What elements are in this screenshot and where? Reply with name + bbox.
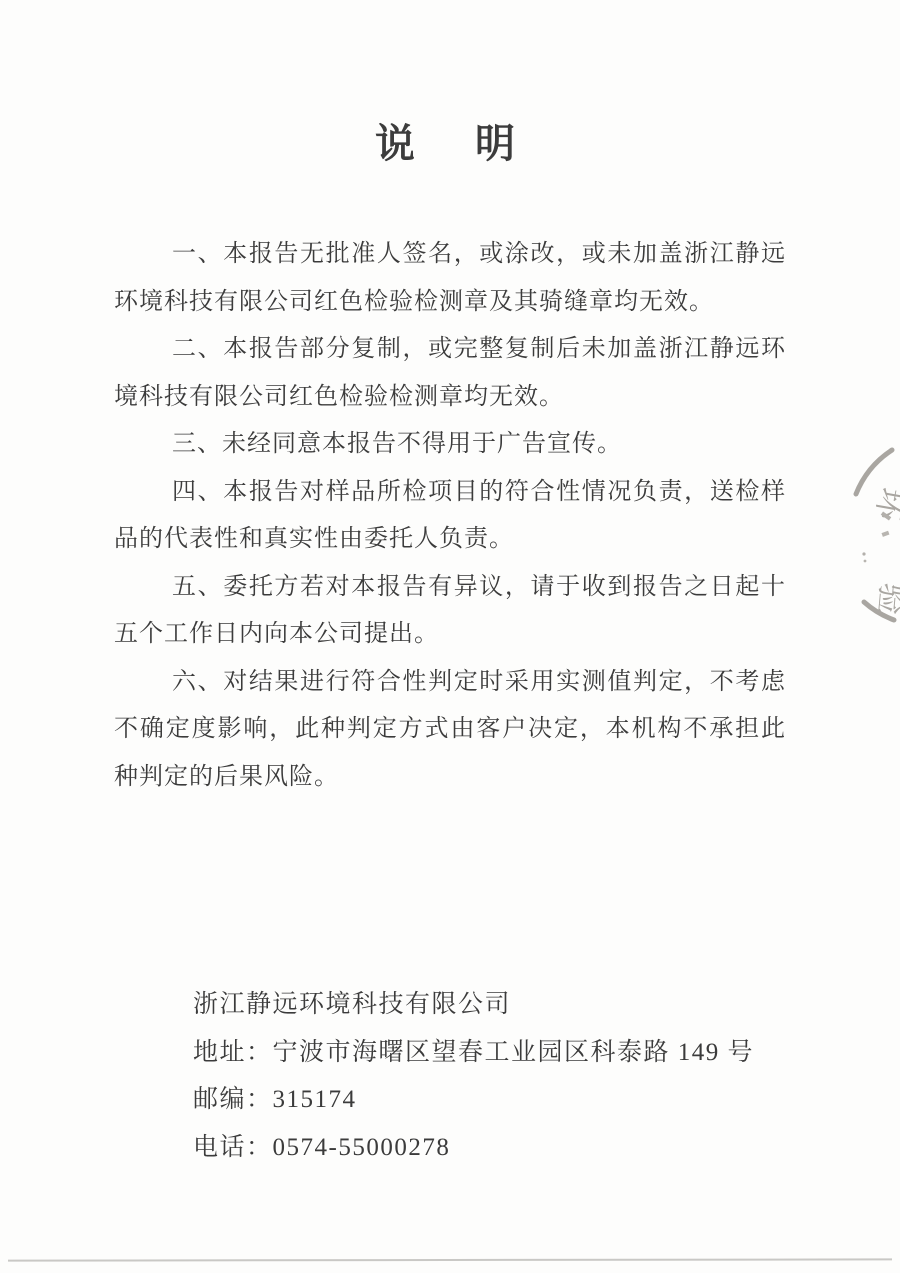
scanned-report-page: 说 明 一、本报告无批准人签名，或涂改，或未加盖浙江静远 环境科技有限公司红色检…	[0, 0, 900, 1273]
note-4-line-2: 品的代表性和真实性由委托人负责。	[114, 516, 786, 564]
note-1-line-1: 一、本报告无批准人签名，或涂改，或未加盖浙江静远	[114, 231, 786, 279]
company-name: 浙江静远环境科技有限公司	[193, 981, 813, 1029]
company-address: 地址：宁波市海曙区望春工业园区科泰路 149 号	[193, 1029, 813, 1077]
note-6-line-1: 六、对结果进行符合性判定时采用实测值判定，不考虑	[114, 659, 786, 707]
scan-edge-line	[8, 1258, 892, 1261]
note-1-line-2: 环境科技有限公司红色检验检测章及其骑缝章均无效。	[114, 279, 786, 327]
note-3-line-1: 三、未经同意本报告不得用于广告宣传。	[114, 421, 786, 469]
note-6-line-3: 种判定的后果风险。	[114, 754, 786, 802]
notes-body: 一、本报告无批准人签名，或涂改，或未加盖浙江静远 环境科技有限公司红色检验检测章…	[114, 231, 786, 801]
note-5-line-2: 五个工作日内向本公司提出。	[114, 611, 786, 659]
page-title: 说 明	[0, 118, 900, 170]
note-6-line-2: 不确定度影响，此种判定方式由客户决定，本机构不承担此	[114, 706, 786, 754]
company-postcode: 邮编：315174	[193, 1076, 813, 1124]
company-phone: 电话：0574-55000278	[193, 1124, 813, 1172]
riding-seal-stamp-icon: 环 验	[842, 442, 900, 647]
note-5-line-1: 五、委托方若对本报告有异议，请于收到报告之日起十	[114, 564, 786, 612]
company-info: 浙江静远环境科技有限公司 地址：宁波市海曙区望春工业园区科泰路 149 号 邮编…	[193, 981, 813, 1171]
note-2-line-1: 二、本报告部分复制，或完整复制后未加盖浙江静远环	[114, 326, 786, 374]
stamp-char-1: 环	[869, 485, 900, 524]
stamp-char-2: 验	[872, 581, 900, 616]
note-2-line-2: 境科技有限公司红色检验检测章均无效。	[114, 374, 786, 422]
note-4-line-1: 四、本报告对样品所检项目的符合性情况负责，送检样	[114, 469, 786, 517]
